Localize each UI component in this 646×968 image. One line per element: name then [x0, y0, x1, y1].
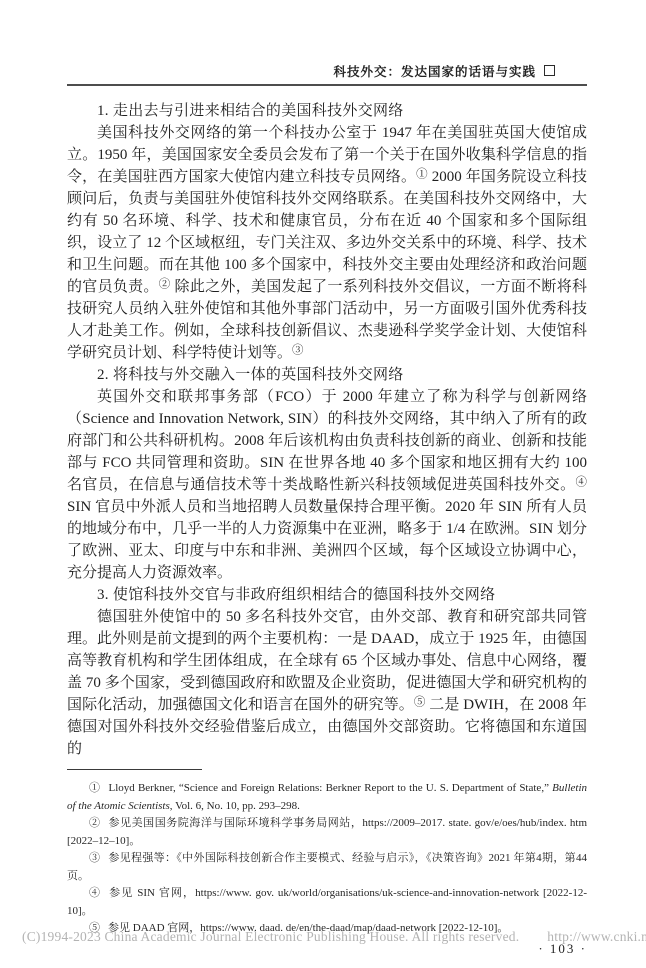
footnote-text: , Vol. 6, No. 10, pp. 293–298.	[170, 800, 300, 812]
footnote-reference: ⑤	[414, 697, 426, 709]
footnote-marker: ①	[89, 782, 108, 794]
footnote-text: 参见美国国务院海洋与国际环境科学事务局网站，https://2009–2017.…	[67, 817, 587, 847]
running-head: 科技外交：发达国家的话语与实践	[67, 62, 587, 79]
running-title: 科技外交：发达国家的话语与实践	[333, 62, 536, 80]
footer-url[interactable]: http://www.cnki.net	[547, 929, 646, 945]
footnote-text: 参见程强等：《中外国际科技创新合作主要模式、经验与启示》，《决策咨询》2021 …	[67, 852, 587, 882]
section-heading: 1. 走出去与引进来相结合的美国科技外交网络	[67, 100, 587, 122]
footnote-marker: ④	[89, 887, 109, 899]
footnote-text: Lloyd Berkner, “Science and Foreign Rela…	[108, 782, 552, 794]
footnote-marker: ③	[89, 852, 108, 864]
document-page: 科技外交：发达国家的话语与实践 1. 走出去与引进来相结合的美国科技外交网络美国…	[0, 0, 646, 968]
section-heading: 2. 将科技与外交融入一体的英国科技外交网络	[67, 364, 587, 386]
footnote-marker: ②	[89, 817, 109, 829]
footnote: ①Lloyd Berkner, “Science and Foreign Rel…	[67, 780, 587, 815]
header-rule	[67, 84, 587, 86]
footnote: ④参见 SIN 官网，https://www. gov. uk/world/or…	[67, 885, 587, 920]
footnote-reference: ④	[576, 477, 588, 489]
footnote-reference: ③	[292, 345, 304, 357]
footnote-separator	[67, 769, 202, 770]
footnote-reference: ②	[159, 279, 171, 291]
cnki-footer: (C)1994-2023 China Academic Journal Elec…	[22, 929, 646, 945]
section-heading: 3. 使馆科技外交官与非政府组织相结合的德国科技外交网络	[67, 584, 587, 606]
body-paragraph: 德国驻外使馆中的 50 多名科技外交官，由外交部、教育和研究部共同管理。此外则是…	[67, 606, 587, 760]
footnotes-block: ①Lloyd Berkner, “Science and Foreign Rel…	[67, 780, 587, 938]
footnote-text: 参见 SIN 官网，https://www. gov. uk/world/org…	[67, 887, 587, 917]
footnote: ③参见程强等：《中外国际科技创新合作主要模式、经验与启示》，《决策咨询》2021…	[67, 850, 587, 885]
body-paragraph: 美国科技外交网络的第一个科技办公室于 1947 年在美国驻英国大使馆成立。195…	[67, 122, 587, 364]
body-paragraph: 英国外交和联邦事务部（FCO）于 2000 年建立了称为科学与创新网络（Scie…	[67, 386, 587, 584]
footnote-reference: ①	[416, 169, 428, 181]
footnote: ②参见美国国务院海洋与国际环境科学事务局网站，https://2009–2017…	[67, 815, 587, 850]
copyright-text: (C)1994-2023 China Academic Journal Elec…	[22, 929, 519, 945]
article-body: 1. 走出去与引进来相结合的美国科技外交网络美国科技外交网络的第一个科技办公室于…	[67, 100, 587, 760]
header-box-icon	[544, 65, 555, 76]
